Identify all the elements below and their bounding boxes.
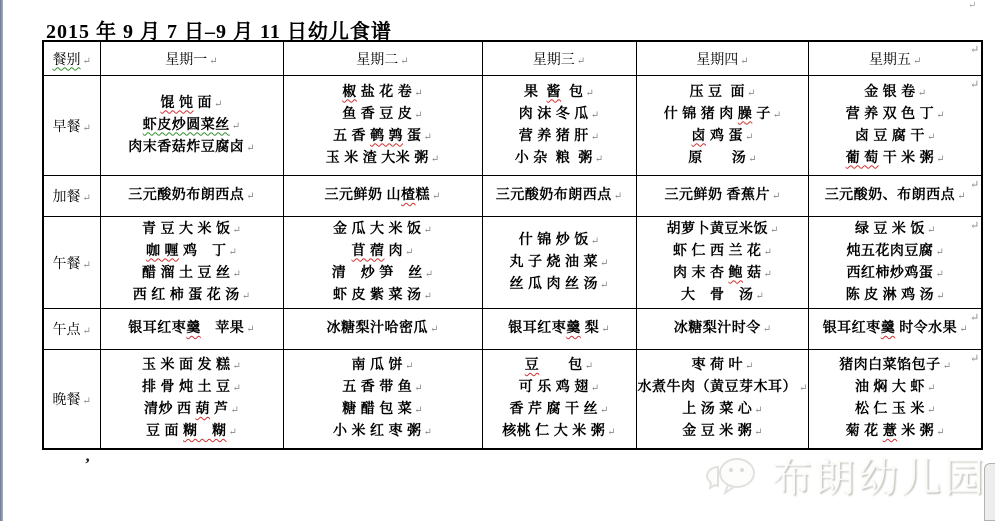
menu-text: 晚餐	[53, 393, 81, 408]
menu-line: 枣 荷 叶↵	[638, 355, 808, 377]
paragraph-mark: ↵	[600, 258, 608, 269]
menu-line: 绿 豆 米 饭↵	[810, 219, 980, 241]
paragraph-mark: ↵	[591, 236, 599, 247]
watermark: 布朗幼儿园	[704, 446, 987, 503]
menu-line: 虾皮炒圆菜丝↵	[102, 115, 282, 137]
menu-line: 金 豆 米 粥↵	[638, 421, 808, 443]
paragraph-mark: ↵	[927, 225, 935, 236]
menu-text: 肉 末 杏	[673, 266, 729, 281]
menu-text: 卤 豆 腐 干	[855, 129, 925, 144]
menu-text: 小 杂 粮 粥	[515, 151, 593, 166]
menu-table: 餐别↵星期一↵星期二↵星期三↵星期四↵星期五↵ 早餐↵馄 饨 面↵虾皮炒圆菜丝↵…	[42, 40, 983, 450]
menu-line: 核桃 仁 大 米 粥↵	[484, 421, 635, 443]
menu-cell: 三元鲜奶 香蕉片↵	[636, 176, 809, 217]
paragraph-mark: ↵	[83, 260, 91, 271]
wechat-icon	[704, 451, 762, 499]
paragraph-mark: ↵	[935, 247, 943, 258]
menu-text: 五 香	[333, 129, 370, 144]
menu-line: 咖 喱 鸡 丁↵	[102, 241, 282, 263]
menu-line: 丝 瓜 肉 丝 汤↵	[484, 274, 635, 296]
menu-text: 酱	[547, 85, 562, 100]
menu-text: 排 骨 炖 土 豆	[142, 380, 231, 395]
paragraph-mark: ↵	[424, 427, 432, 438]
menu-text: 青 豆 大 米 饭	[142, 222, 231, 237]
meal-label: 午餐↵	[43, 217, 100, 309]
menu-line: 胡萝卜黄豆米饭↵	[638, 219, 808, 241]
menu-line: 清炒 西 葫 芦↵	[102, 399, 282, 421]
menu-text: 西 红 柿 蛋 花 汤	[133, 288, 240, 303]
corner-header-cell: 餐别↵	[43, 41, 100, 76]
menu-line: 上 汤 菜 心↵	[638, 399, 808, 421]
menu-line: 醋 溜 土 豆 丝↵	[102, 263, 282, 285]
menu-line: 油 焖 大 虾↵	[810, 377, 980, 399]
paragraph-mark: ↵	[936, 427, 944, 438]
menu-text: 盐 花 卷	[357, 85, 413, 100]
menu-line: 糖 醋 包 菜↵	[285, 399, 481, 421]
menu-text: 冰糖梨汁时令	[674, 321, 761, 336]
menu-text: 苜 蓿	[352, 244, 385, 259]
paragraph-mark: ↵	[232, 121, 240, 132]
menu-line: 原 汤↵	[638, 148, 808, 170]
menu-text: 时令水果	[895, 321, 957, 336]
menu-cell: 银耳红枣羹 时令水果↵	[809, 309, 982, 350]
menu-text: 星期二	[356, 53, 398, 68]
table-header-row: 餐别↵星期一↵星期二↵星期三↵星期四↵星期五↵	[43, 41, 982, 76]
menu-text: 午餐	[53, 257, 81, 272]
menu-line: 鱼 香 豆 皮↵	[285, 104, 481, 126]
menu-line: 丸 子 烧 油 菜↵	[484, 252, 635, 274]
menu-text: 冰糖梨汁哈密瓜	[327, 321, 429, 336]
menu-text: 压 豆 面	[690, 85, 746, 100]
menu-line: 五 香 带 鱼↵	[285, 377, 481, 399]
paragraph-mark: ↵	[970, 311, 979, 324]
menu-text: 枣 荷 叶	[692, 358, 744, 373]
menu-cell: 三元酸奶、布朗西点↵	[809, 176, 982, 217]
meal-label: 午点↵	[43, 309, 100, 350]
menu-line: 肉末香菇炸豆腐卤↵	[102, 137, 282, 159]
menu-cell: 胡萝卜黄豆米饭↵虾 仁 西 兰 花↵肉 末 杏 鲍 菇↵大 骨 汤↵	[636, 217, 809, 309]
menu-text: 西红柿炒鸡蛋	[846, 266, 933, 281]
menu-text: 鲍	[729, 266, 744, 281]
paragraph-mark: ↵	[943, 361, 951, 372]
menu-text: 虾 皮 紫 菜 汤	[333, 288, 422, 303]
menu-cell: 什 锦 炒 饭↵丸 子 烧 油 菜↵丝 瓜 肉 丝 汤↵	[482, 217, 636, 309]
menu-text: 包	[539, 358, 583, 373]
paragraph-mark: ↵	[970, 43, 979, 56]
menu-line: 营 养 猪 肝↵	[484, 126, 635, 148]
menu-cell: 银耳红枣羹 苹果↵	[100, 309, 283, 350]
menu-text: 可 乐 鸡 翅	[519, 380, 589, 395]
menu-text: 南 瓜 饼	[352, 358, 404, 373]
menu-line: 炖五花肉豆腐↵	[810, 241, 980, 263]
menu-text: 面	[194, 96, 213, 111]
menu-text: 清 炒 笋 丝	[332, 266, 423, 281]
paragraph-mark: ↵	[246, 191, 254, 202]
paragraph-mark: ↵	[231, 405, 239, 416]
menu-text: 豆 面	[146, 424, 183, 439]
paragraph-mark: ↵	[424, 225, 432, 236]
menu-text: 玉 米 面 发 糕	[142, 358, 231, 373]
menu-text: 虾 仁 西 兰 花	[673, 244, 762, 259]
menu-line: 椒 盐 花 卷↵	[285, 82, 481, 104]
paragraph-mark: ↵	[773, 110, 781, 121]
menu-cell: 银耳红枣羹 梨↵	[482, 309, 636, 350]
menu-text: 上 汤 菜 心	[682, 402, 752, 417]
menu-text: 咖 喱	[146, 244, 179, 259]
paragraph-mark: ↵	[970, 178, 979, 191]
menu-text: 星期三	[533, 53, 575, 68]
menu-text: 营 养 双 色 丁	[846, 107, 935, 122]
meal-label: 晚餐↵	[43, 350, 100, 449]
menu-text: 丝 瓜 肉 丝 汤	[510, 277, 599, 292]
watermark-text: 布朗幼儿园	[772, 446, 987, 503]
paragraph-mark: ↵	[936, 110, 944, 121]
menu-text: 水煮牛肉（黄豆芽木耳）	[638, 380, 798, 395]
paragraph-mark: ↵	[614, 191, 622, 202]
paragraph-mark: ↵	[424, 132, 432, 143]
paragraph-mark: ↵	[745, 132, 753, 143]
menu-line: 卤 鸡 蛋↵	[638, 126, 808, 148]
paragraph-mark: ↵	[959, 324, 967, 335]
menu-line: 排 骨 炖 土 豆↵	[102, 377, 282, 399]
window-edge	[0, 0, 3, 521]
menu-line: 三元鲜奶 香蕉片↵	[638, 185, 808, 207]
table-row: 晚餐↵玉 米 面 发 糕↵排 骨 炖 土 豆↵清炒 西 葫 芦↵豆 面 糊 糊↵…	[43, 350, 982, 449]
paragraph-mark: ↵	[83, 123, 91, 134]
paragraph-mark: ↵	[607, 427, 615, 438]
menu-text: 梨	[581, 321, 600, 336]
menu-text: 胡萝卜黄豆米饭	[667, 222, 769, 237]
menu-text: 卤	[692, 129, 707, 144]
menu-text: 糊 糊	[183, 424, 227, 439]
menu-line: 三元酸奶布朗西点↵	[102, 185, 282, 207]
menu-text: 油 焖 大 虾	[855, 380, 925, 395]
paragraph-mark: ↵	[414, 383, 422, 394]
menu-line: 菊 花 薏 米 粥↵	[810, 421, 980, 443]
menu-line: 南 瓜 饼↵	[285, 355, 481, 377]
menu-text: 醋 溜 土 豆 丝	[142, 266, 231, 281]
day-header-cell: 星期四↵	[636, 41, 809, 76]
paragraph-mark: ↵	[83, 56, 91, 67]
paragraph-mark: ↵	[913, 56, 921, 67]
paragraph-mark: ↵	[600, 280, 608, 291]
menu-text: 午点	[53, 323, 81, 338]
menu-cell: 馄 饨 面↵虾皮炒圆菜丝↵肉末香菇炸豆腐卤↵	[100, 76, 283, 176]
menu-cell: 金 瓜 大 米 饭↵苜 蓿 肉↵清 炒 笋 丝↵虾 皮 紫 菜 汤↵	[283, 217, 482, 309]
menu-text: 猪肉白菜馅包子	[839, 358, 941, 373]
paragraph-mark: ↵	[927, 405, 935, 416]
menu-text: 早餐	[53, 120, 81, 135]
menu-line: 肉 末 杏 鲍 菇↵	[638, 263, 808, 285]
menu-text: 糕	[416, 188, 431, 203]
menu-line: 虾 仁 西 兰 花↵	[638, 241, 808, 263]
menu-line: 五 香 鹌 鹑 蛋↵	[285, 126, 481, 148]
paragraph-mark: ↵	[918, 88, 926, 99]
paragraph-mark: ↵	[763, 324, 771, 335]
menu-text: 干 米 粥	[879, 151, 935, 166]
paragraph-mark: ↵	[246, 143, 254, 154]
menu-text: 羹	[566, 321, 581, 336]
paragraph-mark: ↵	[968, 0, 976, 11]
menu-text: 三元鲜奶 香蕉片	[665, 188, 771, 203]
menu-cell: 玉 米 面 发 糕↵排 骨 炖 土 豆↵清炒 西 葫 芦↵豆 面 糊 糊↵	[100, 350, 283, 449]
menu-text: 肉	[385, 244, 404, 259]
menu-line: 水煮牛肉（黄豆芽木耳）↵	[638, 377, 808, 399]
menu-line: 金 瓜 大 米 饭↵	[285, 219, 481, 241]
menu-line: 香 芹 腐 干 丝↵	[484, 399, 635, 421]
menu-text: 虾皮炒圆菜丝	[143, 118, 230, 133]
paragraph-mark: ↵	[405, 247, 413, 258]
paragraph-mark: ↵	[601, 324, 609, 335]
paragraph-mark: ↵	[970, 352, 979, 365]
menu-line: 豆 面 糊 糊↵	[102, 421, 282, 443]
paragraph-mark: ↵	[745, 361, 753, 372]
meal-label: 早餐↵	[43, 76, 100, 176]
menu-line: 小 杂 粮 粥↵	[484, 148, 635, 170]
menu-line: 三元酸奶、布朗西点↵	[810, 185, 980, 207]
paragraph-mark: ↵	[957, 191, 965, 202]
paragraph-mark: ↵	[233, 361, 241, 372]
menu-text: 葡 萄	[846, 151, 879, 166]
menu-line: 金 银 卷↵	[810, 82, 980, 104]
menu-text: 椒	[342, 85, 357, 100]
day-header-cell: 星期二↵	[283, 41, 482, 76]
menu-text: 肉末香菇炸豆腐卤	[128, 140, 244, 155]
paragraph-mark: ↵	[430, 324, 438, 335]
paragraph-mark: ↵	[740, 56, 748, 67]
menu-line: 苜 蓿 肉↵	[285, 241, 481, 263]
menu-text: 五 香 带 鱼	[342, 380, 412, 395]
menu-text: 三元酸奶布朗西点	[496, 188, 612, 203]
menu-text: 鸡 丁	[179, 244, 227, 259]
scrollbar-thumb[interactable]	[984, 463, 995, 521]
menu-text: 馄 饨	[161, 96, 194, 111]
paragraph-mark: ↵	[83, 396, 91, 407]
paragraph-mark: ↵	[927, 383, 935, 394]
menu-line: 果 酱 包↵	[484, 82, 635, 104]
menu-line: 银耳红枣羹 时令水果↵	[810, 318, 980, 340]
menu-text: 肉 沫 冬 瓜	[519, 107, 589, 122]
paragraph-mark: ↵	[747, 88, 755, 99]
day-header-cell: 星期一↵	[100, 41, 283, 76]
paragraph-mark: ↵	[770, 225, 778, 236]
menu-cell: 绿 豆 米 饭↵炖五花肉豆腐↵西红柿炒鸡蛋↵陈 皮 淋 鸡 汤↵	[809, 217, 982, 309]
menu-text: 什 锦 炒 饭	[519, 233, 589, 248]
menu-text: 鹌 鹑	[370, 129, 403, 144]
paragraph-mark: ↵	[233, 269, 241, 280]
paragraph-mark: ↵	[586, 88, 594, 99]
meal-label: 加餐↵	[43, 176, 100, 217]
menu-text: 芦	[210, 402, 229, 417]
menu-cell: 冰糖梨汁哈密瓜↵	[283, 309, 482, 350]
menu-line: 银耳红枣羹 苹果↵	[102, 318, 282, 340]
menu-cell: 枣 荷 叶↵水煮牛肉（黄豆芽木耳）↵上 汤 菜 心↵金 豆 米 粥↵	[636, 350, 809, 449]
menu-line: 可 乐 鸡 翅↵	[484, 377, 635, 399]
menu-cell: 三元酸奶布朗西点↵	[482, 176, 636, 217]
paragraph-mark: ↵	[591, 383, 599, 394]
menu-text: 金 瓜 大 米 饭	[333, 222, 422, 237]
menu-text: 加餐	[53, 190, 81, 205]
menu-line: 什 锦 猪 肉 臊 子↵	[638, 104, 808, 126]
menu-text: 苹果	[201, 321, 245, 336]
menu-text: 大 骨 汤	[681, 288, 754, 303]
menu-text: 星期五	[869, 53, 911, 68]
menu-line: 松 仁 玉 米↵	[810, 399, 980, 421]
menu-text: 绿 豆 米 饭	[855, 222, 925, 237]
menu-line: 馄 饨 面↵	[102, 93, 282, 115]
menu-text: 三元酸奶布朗西点	[128, 188, 244, 203]
paragraph-mark: ↵	[754, 405, 762, 416]
paragraph-mark: ↵	[936, 291, 944, 302]
menu-text: 丸 子 烧 油 菜	[510, 255, 599, 270]
paragraph-mark: ↵	[927, 132, 935, 143]
menu-text: 糖 醋 包 菜	[342, 402, 412, 417]
paragraph-mark: ↵	[229, 427, 237, 438]
menu-line: 豆 包↵	[484, 355, 635, 377]
paragraph-mark: ↵	[432, 191, 440, 202]
menu-cell: 三元鲜奶 山楂糕↵	[283, 176, 482, 217]
menu-text: 包	[561, 85, 584, 100]
menu-text: 三元鲜奶 山	[325, 188, 402, 203]
menu-text: 松 仁 玉 米	[855, 402, 925, 417]
menu-cell: 压 豆 面↵什 锦 猪 肉 臊 子↵卤 鸡 蛋↵原 汤↵	[636, 76, 809, 176]
menu-line: 大 骨 汤↵	[638, 285, 808, 307]
menu-text: 核桃 仁 大 米 粥	[502, 424, 605, 439]
menu-text: 蛋	[403, 129, 422, 144]
menu-text: 菊 花	[846, 424, 883, 439]
day-header-cell: 星期五↵	[809, 41, 982, 76]
menu-text: 楂	[401, 188, 416, 203]
table-row: 早餐↵馄 饨 面↵虾皮炒圆菜丝↵肉末香菇炸豆腐卤↵椒 盐 花 卷↵鱼 香 豆 皮…	[43, 76, 982, 176]
paragraph-mark: ↵	[591, 110, 599, 121]
menu-line: 西 红 柿 蛋 花 汤↵	[102, 285, 282, 307]
paragraph-mark: ↵	[935, 269, 943, 280]
menu-line: 冰糖梨汁哈密瓜↵	[285, 318, 481, 340]
menu-line: 肉 沫 冬 瓜↵	[484, 104, 635, 126]
menu-line: 三元酸奶布朗西点↵	[484, 185, 635, 207]
menu-text: 三元酸奶、布朗西点	[825, 188, 956, 203]
menu-text: 子	[752, 107, 771, 122]
table-row: 午餐↵青 豆 大 米 饭↵咖 喱 鸡 丁↵醋 溜 土 豆 丝↵西 红 柿 蛋 花…	[43, 217, 982, 309]
paragraph-mark: ↵	[970, 78, 979, 91]
paragraph-mark: ↵	[936, 154, 944, 165]
paragraph-mark: ↵	[595, 154, 603, 165]
menu-cell: 金 银 卷↵营 养 双 色 丁↵卤 豆 腐 干↵葡 萄 干 米 粥↵	[809, 76, 982, 176]
menu-text: 小 米 红 枣 粥	[333, 424, 422, 439]
menu-cell: 猪肉白菜馅包子↵油 焖 大 虾↵松 仁 玉 米↵菊 花 薏 米 粥↵	[809, 350, 982, 449]
menu-text: 营 养 猪 肝	[519, 129, 589, 144]
menu-line: 青 豆 大 米 饭↵	[102, 219, 282, 241]
menu-cell: 青 豆 大 米 饭↵咖 喱 鸡 丁↵醋 溜 土 豆 丝↵西 红 柿 蛋 花 汤↵	[100, 217, 283, 309]
paragraph-mark: ↵	[229, 247, 237, 258]
paragraph-mark: ↵	[209, 56, 217, 67]
menu-text: 陈 皮 淋 鸡 汤	[846, 288, 935, 303]
menu-text: 薏	[883, 424, 898, 439]
paragraph-mark: ↵	[400, 56, 408, 67]
menu-text: 银耳红枣	[128, 321, 186, 336]
paragraph-mark: ↵	[756, 291, 764, 302]
menu-table-header: 餐别↵星期一↵星期二↵星期三↵星期四↵星期五↵	[43, 41, 982, 76]
menu-text: 鱼 香 豆 皮	[342, 107, 412, 122]
menu-text: 葫	[196, 402, 211, 417]
paragraph-mark: ↵	[233, 225, 241, 236]
paragraph-mark: ↵	[600, 405, 608, 416]
menu-text: 香 芹 腐 干 丝	[510, 402, 599, 417]
menu-text: 金 豆 米 粥	[682, 424, 752, 439]
menu-text: 清炒 西	[144, 402, 196, 417]
menu-line: 卤 豆 腐 干↵	[810, 126, 980, 148]
paragraph-mark: ↵	[754, 427, 762, 438]
menu-text: 星期四	[696, 53, 738, 68]
menu-text: 豆	[525, 358, 540, 373]
menu-cell: 椒 盐 花 卷↵鱼 香 豆 皮↵五 香 鹌 鹑 蛋↵玉 米 渣 大米 粥↵	[283, 76, 482, 176]
menu-text: 玉 米 渣 大米 粥	[326, 151, 429, 166]
paragraph-mark: ↵	[585, 361, 593, 372]
menu-text: 臊	[738, 107, 753, 122]
menu-text: 银耳红枣	[823, 321, 881, 336]
menu-cell: 冰糖梨汁时令↵	[636, 309, 809, 350]
menu-line: 虾 皮 紫 菜 汤↵	[285, 285, 481, 307]
menu-cell: 果 酱 包↵肉 沫 冬 瓜↵营 养 猪 肝↵小 杂 粮 粥↵	[482, 76, 636, 176]
paragraph-mark: ↵	[772, 191, 780, 202]
paragraph-mark: ↵	[233, 383, 241, 394]
paragraph-mark: ↵	[83, 326, 91, 337]
menu-table-body: 早餐↵馄 饨 面↵虾皮炒圆菜丝↵肉末香菇炸豆腐卤↵椒 盐 花 卷↵鱼 香 豆 皮…	[43, 76, 982, 449]
day-header-cell: 星期三↵	[482, 41, 636, 76]
menu-text: 羹	[881, 321, 896, 336]
menu-cell: 三元酸奶布朗西点↵	[100, 176, 283, 217]
menu-line: 葡 萄 干 米 粥↵	[810, 148, 980, 170]
menu-line: 陈 皮 淋 鸡 汤↵	[810, 285, 980, 307]
menu-line: 银耳红枣羹 梨↵	[484, 318, 635, 340]
menu-text: 餐别	[53, 53, 81, 68]
menu-line: 玉 米 渣 大米 粥↵	[285, 148, 481, 170]
menu-cell: 豆 包↵可 乐 鸡 翅↵香 芹 腐 干 丝↵核桃 仁 大 米 粥↵	[482, 350, 636, 449]
menu-text: 炖五花肉豆腐	[846, 244, 933, 259]
menu-text: 菇	[743, 266, 762, 281]
paragraph-mark: ↵	[577, 56, 585, 67]
paragraph-mark: ↵	[242, 291, 250, 302]
paragraph-mark: ↵	[214, 99, 222, 110]
paragraph-mark: ↵	[591, 132, 599, 143]
paragraph-mark: ↵	[414, 405, 422, 416]
menu-text: 星期一	[165, 53, 207, 68]
menu-line: 清 炒 笋 丝↵	[285, 263, 481, 285]
menu-text: 羹	[186, 321, 201, 336]
menu-line: 冰糖梨汁时令↵	[638, 318, 808, 340]
paragraph-mark: ↵	[425, 269, 433, 280]
menu-line: 玉 米 面 发 糕↵	[102, 355, 282, 377]
paragraph-mark: ↵	[424, 291, 432, 302]
menu-line: 猪肉白菜馅包子↵	[810, 355, 980, 377]
paragraph-mark: ↵	[748, 154, 756, 165]
paragraph-mark: ↵	[799, 383, 807, 394]
menu-line: 小 米 红 枣 粥↵	[285, 421, 481, 443]
menu-text: 金 银 卷	[864, 85, 916, 100]
menu-cell: 南 瓜 饼↵五 香 带 鱼↵糖 醋 包 菜↵小 米 红 枣 粥↵	[283, 350, 482, 449]
menu-line: 营 养 双 色 丁↵	[810, 104, 980, 126]
paragraph-mark: ↵	[246, 324, 254, 335]
menu-text: 银耳红枣	[508, 321, 566, 336]
menu-text: 米 粥	[897, 424, 934, 439]
paragraph-mark: ↵	[764, 269, 772, 280]
menu-line: 压 豆 面↵	[638, 82, 808, 104]
paragraph-mark: ↵	[414, 110, 422, 121]
menu-text: 原 汤	[688, 151, 746, 166]
menu-text: 鸡 蛋	[706, 129, 743, 144]
paragraph-mark: ↵	[431, 154, 439, 165]
paragraph-mark: ↵	[405, 361, 413, 372]
